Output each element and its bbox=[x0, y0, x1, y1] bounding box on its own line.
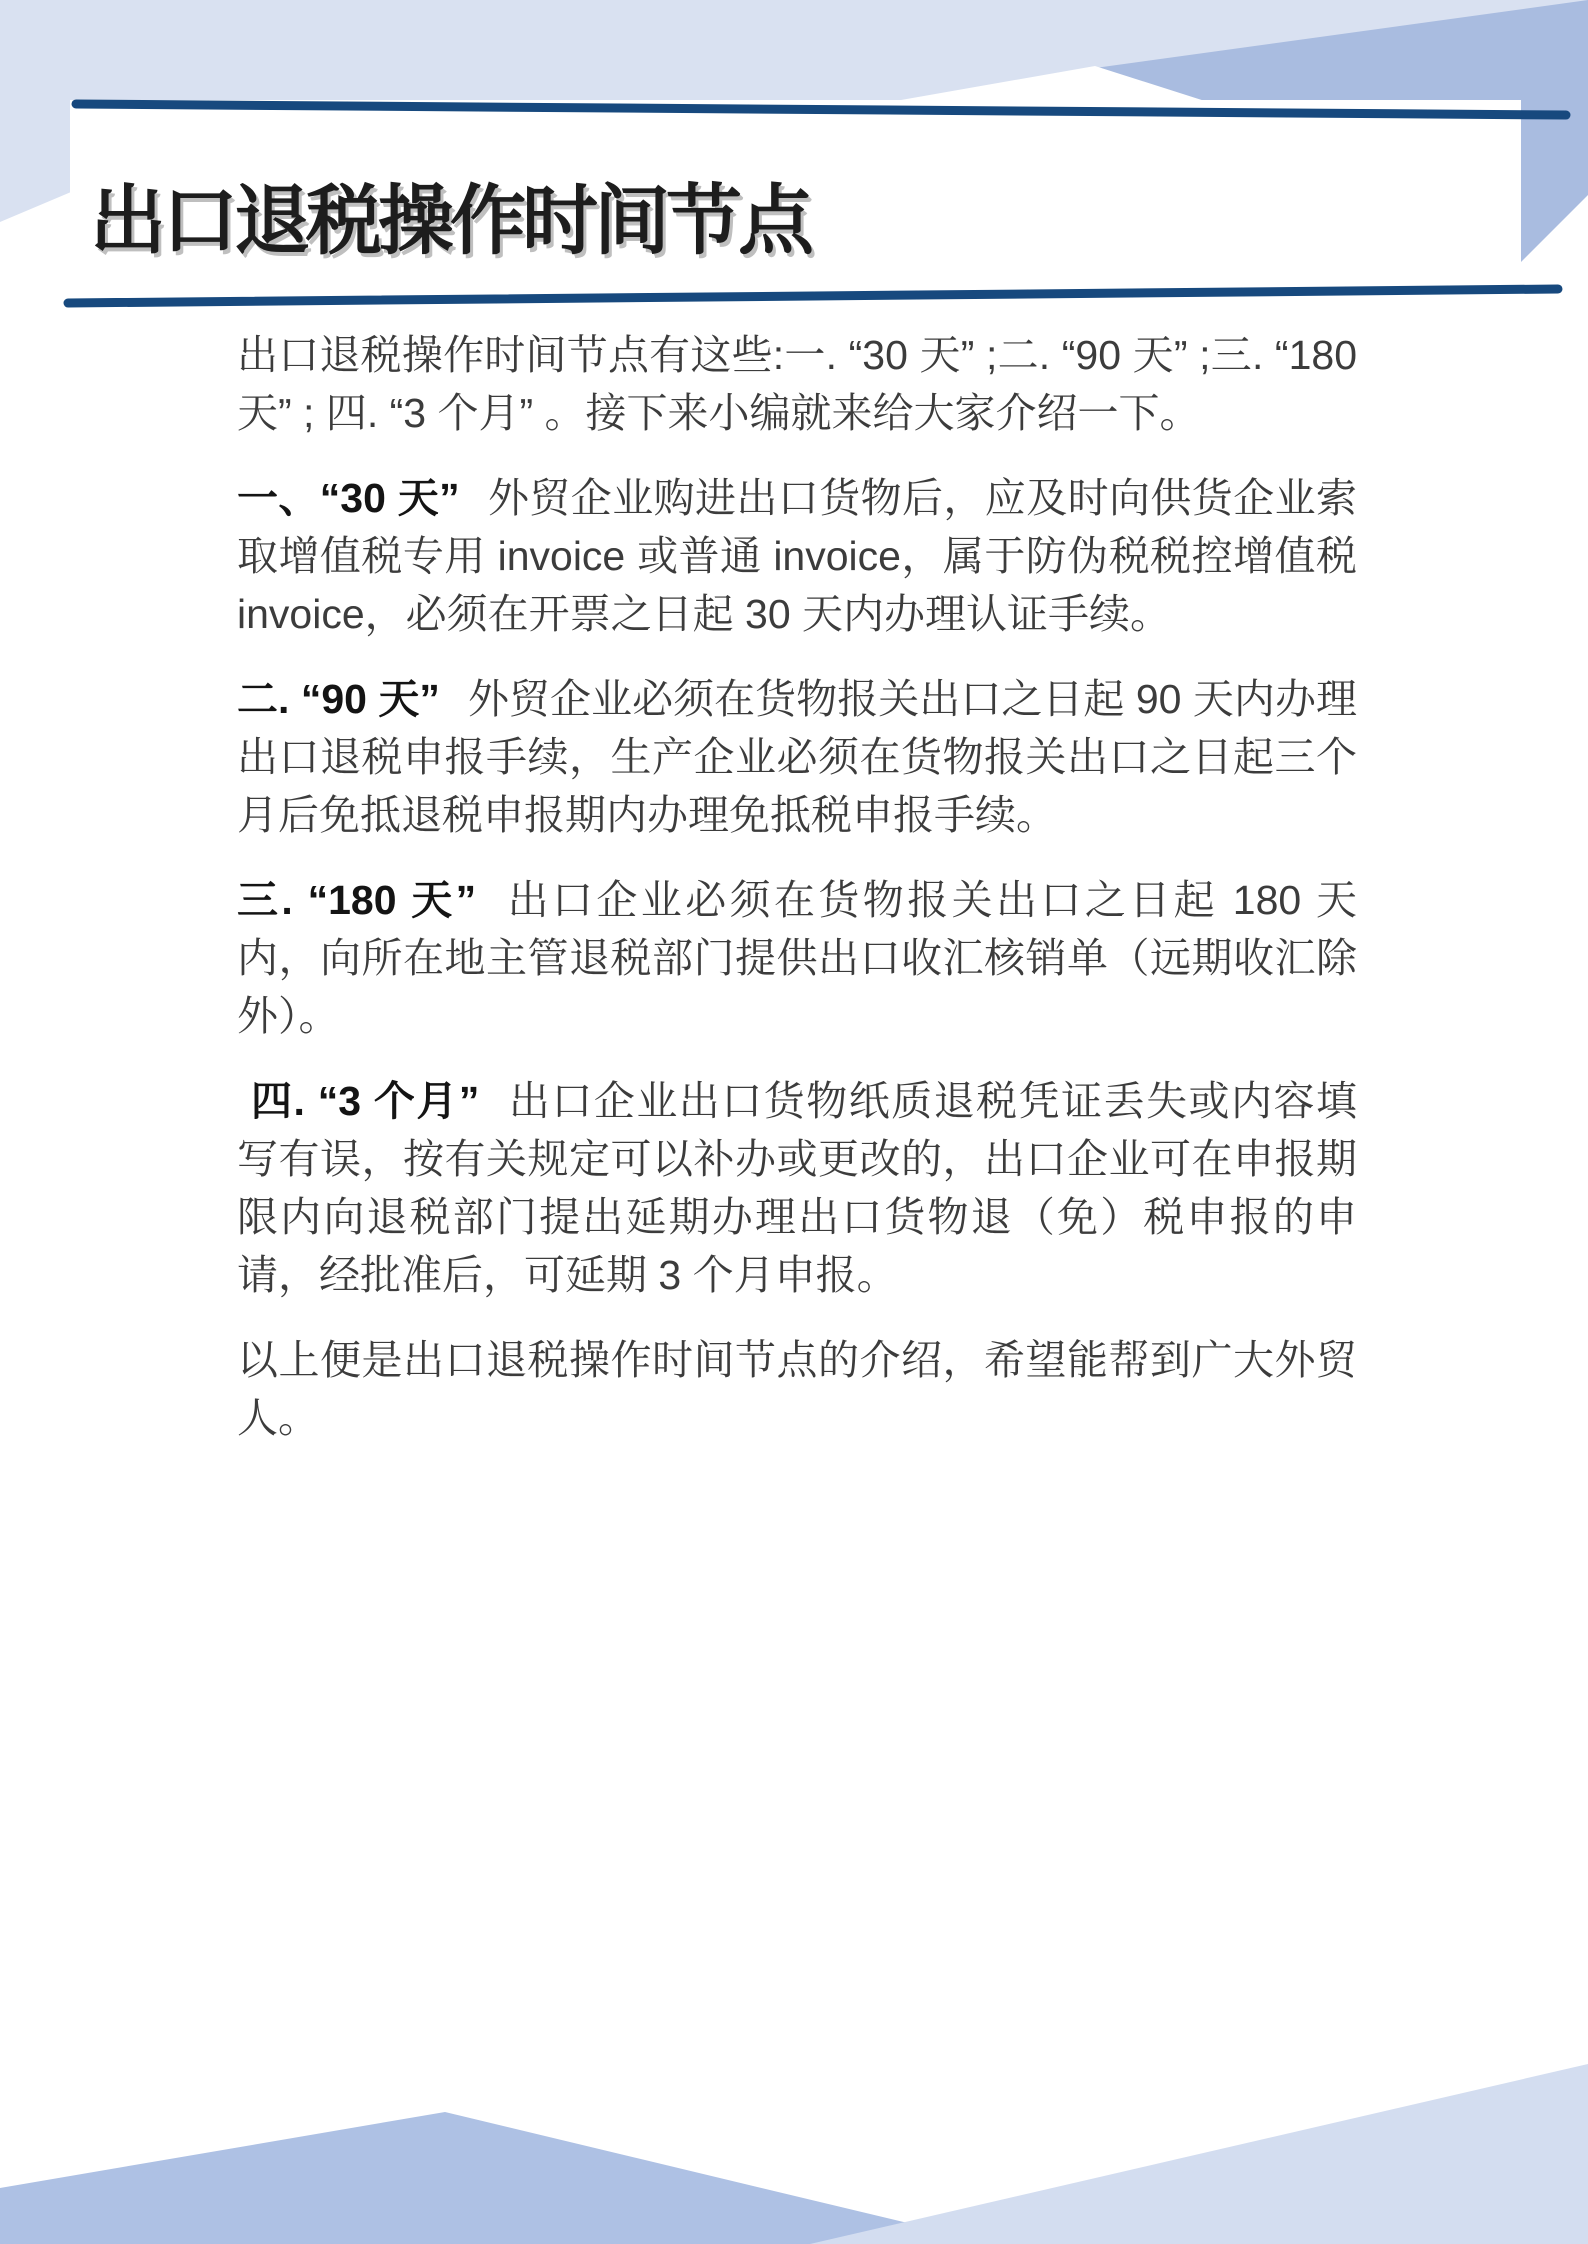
section-paragraph-180days: 三. “180 天”出口企业必须在货物报关出口之日起 180 天内，向所在地主管… bbox=[237, 871, 1357, 1045]
outro-paragraph: 以上便是出口退税操作时间节点的介绍，希望能帮到广大外贸人。 bbox=[237, 1331, 1357, 1447]
bottom-mountain-triangle bbox=[0, 2112, 995, 2244]
bottom-decoration bbox=[0, 2044, 1588, 2244]
section-paragraph-90days: 二. “90 天”外贸企业必须在货物报关出口之日起 90 天内办理出口退税申报手… bbox=[237, 670, 1357, 844]
section-paragraph-3months: 四. “3 个月”出口企业出口货物纸质退税凭证丢失或内容填写有误，按有关规定可以… bbox=[237, 1072, 1357, 1304]
document-page: 出口退税操作时间节点 出口退税操作时间节点有这些:一. “30 天” ;二. “… bbox=[0, 0, 1588, 2244]
section-heading-3months: 四. “3 个月” bbox=[251, 1078, 479, 1124]
section-heading-180days: 三. “180 天” bbox=[237, 877, 476, 923]
section-paragraph-30days: 一、“30 天”外贸企业购进出口货物后，应及时向供货企业索取增值税专用 invo… bbox=[237, 469, 1357, 643]
section-heading-30days: 一、“30 天” bbox=[237, 475, 460, 521]
section-heading-90days: 二. “90 天” bbox=[237, 676, 440, 722]
page-title: 出口退税操作时间节点 bbox=[90, 160, 810, 269]
intro-paragraph: 出口退税操作时间节点有这些:一. “30 天” ;二. “90 天” ;三. “… bbox=[237, 326, 1357, 442]
bottom-right-triangle bbox=[810, 2064, 1588, 2244]
article-body: 出口退税操作时间节点有这些:一. “30 天” ;二. “90 天” ;三. “… bbox=[237, 326, 1357, 1447]
